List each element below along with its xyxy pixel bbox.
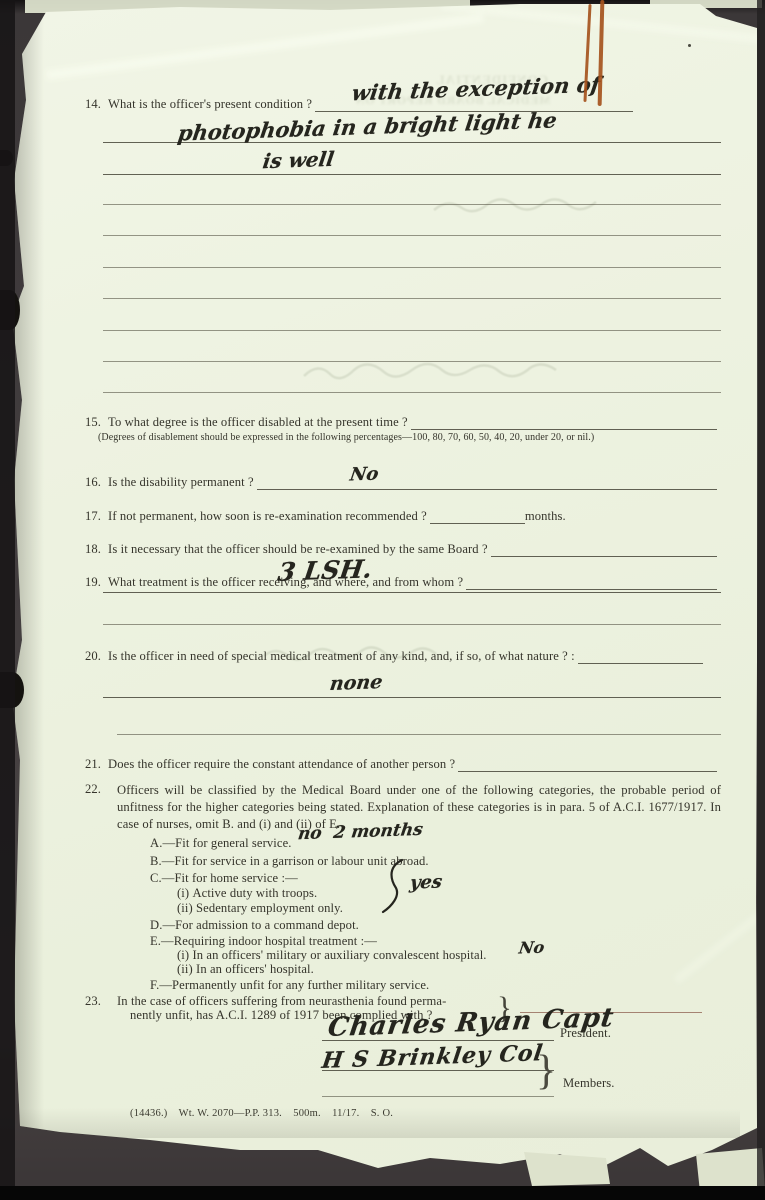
handwritten-answer-q20: none	[328, 671, 383, 695]
blank-rule	[103, 392, 721, 393]
blank-rule	[103, 235, 721, 236]
printer-imprint: (14436.) Wt. W. 2070—P.P. 313. 500m. 11/…	[130, 1108, 393, 1119]
category-e-ii-label: (ii)	[177, 962, 193, 976]
category-c-ii-text: Sedentary employment only.	[196, 901, 343, 915]
question-15-text: To what degree is the officer disabled a…	[108, 415, 408, 430]
question-17-months-label: months.	[525, 509, 566, 524]
category-e-i-text: In an officers' military or auxiliary co…	[192, 948, 486, 962]
blank-rule	[103, 204, 721, 205]
category-d: D.—For admission to a command depot.	[150, 918, 359, 934]
category-e-text: Requiring indoor hospital treatment :—	[174, 934, 377, 948]
category-e-label: E.—	[150, 934, 174, 948]
question-18-text: Is it necessary that the officer should …	[108, 542, 488, 557]
category-b-label: B.—	[150, 854, 174, 868]
category-e-ii-text: In an officers' hospital.	[196, 962, 314, 976]
category-c-i-label: (i)	[177, 886, 189, 900]
question-18-number: 18.	[85, 542, 101, 557]
category-c: C.—Fit for home service :—	[150, 871, 298, 887]
answer-rule	[430, 508, 525, 524]
question-16: 16. Is the disability permanent ?	[85, 474, 717, 490]
form-page: CONFIDENTIAL MEDICAL BOARD REPORT ON 14.…	[0, 0, 765, 1200]
handwritten-answer-category-c: yes	[409, 871, 444, 893]
question-17-number: 17.	[85, 509, 101, 524]
question-14-number: 14.	[85, 97, 101, 112]
answer-rule	[578, 648, 703, 664]
question-20: 20. Is the officer in need of special me…	[85, 648, 703, 664]
handwritten-answer-category-e-i: No	[518, 938, 546, 958]
question-14-text: What is the officer's present condition …	[108, 97, 312, 112]
members-brace: }	[536, 1050, 556, 1092]
blank-rule	[103, 624, 721, 625]
answer-rule	[103, 697, 721, 698]
blank-rule	[103, 330, 721, 331]
handwritten-answer-q14-line3: is well	[261, 147, 335, 174]
paper-crease	[46, 13, 483, 79]
category-a-label: A.—	[150, 836, 175, 850]
blank-rule	[103, 267, 721, 268]
category-c-label: C.—	[150, 871, 174, 885]
blank-rule	[103, 361, 721, 362]
question-21-number: 21.	[85, 757, 101, 772]
president-label: President.	[560, 1026, 611, 1042]
category-c-i-text: Active duty with troops.	[192, 886, 317, 900]
question-15: 15. To what degree is the officer disabl…	[85, 414, 717, 430]
question-21: 21. Does the officer require the constan…	[85, 756, 717, 772]
answer-rule	[103, 174, 721, 175]
category-c-ii-label: (ii)	[177, 901, 193, 915]
question-23-number: 23.	[85, 994, 101, 1010]
category-e-ii: (ii) In an officers' hospital.	[177, 962, 314, 978]
signature-rule	[322, 1070, 554, 1071]
category-c-i: (i) Active duty with troops.	[177, 886, 317, 902]
members-label: Members.	[563, 1076, 615, 1092]
answer-rule	[103, 592, 721, 593]
handwritten-answer-category-a: no 2 months	[297, 820, 425, 844]
left-edge-shadow	[14, 8, 44, 1138]
category-f-label: F.—	[150, 978, 172, 992]
ink-speck	[688, 44, 691, 47]
question-17: 17. If not permanent, how soon is re-exa…	[85, 508, 566, 524]
answer-rule	[466, 574, 717, 590]
question-22-number: 22.	[85, 782, 101, 798]
category-d-label: D.—	[150, 918, 175, 932]
category-c-ii: (ii) Sedentary employment only.	[177, 901, 343, 917]
blank-rule	[103, 298, 721, 299]
scan-background-edge	[757, 0, 765, 1200]
question-20-text: Is the officer in need of special medica…	[108, 649, 575, 664]
category-a: A.—Fit for general service.	[150, 836, 292, 852]
handwritten-brace-category-c	[380, 858, 408, 914]
category-f-text: Permanently unfit for any further milita…	[172, 978, 429, 992]
category-d-text: For admission to a command depot.	[175, 918, 359, 932]
handwritten-answer-q14-line2: photophobia in a bright light he	[176, 107, 558, 145]
showthrough-handwriting	[300, 358, 560, 388]
blank-rule	[117, 734, 721, 735]
category-c-text: Fit for home service :—	[174, 871, 297, 885]
handwritten-answer-q19: 3 LSH.	[276, 554, 374, 586]
paper-crease	[673, 885, 765, 984]
handwritten-answer-q16: No	[349, 463, 380, 485]
question-15-number: 15.	[85, 415, 101, 430]
category-a-text: Fit for general service.	[175, 836, 291, 850]
question-19-number: 19.	[85, 575, 101, 590]
category-f: F.—Permanently unfit for any further mil…	[150, 978, 429, 994]
member-signature: H S Brinkley Col	[320, 1040, 545, 1074]
question-19: 19. What treatment is the officer receiv…	[85, 574, 717, 590]
scan-background-edge	[0, 0, 15, 1200]
question-21-text: Does the officer require the constant at…	[108, 757, 455, 772]
question-20-number: 20.	[85, 649, 101, 664]
question-15-note: (Degrees of disablement should be expres…	[98, 432, 594, 445]
answer-rule	[411, 414, 717, 430]
scan-background-edge	[0, 1186, 765, 1200]
showthrough-handwriting	[430, 194, 630, 220]
category-e-i-label: (i)	[177, 948, 189, 962]
answer-rule	[458, 756, 717, 772]
question-16-number: 16.	[85, 475, 101, 490]
scanned-document: CONFIDENTIAL MEDICAL BOARD REPORT ON 14.…	[0, 0, 765, 1200]
answer-rule	[491, 541, 717, 557]
answer-rule	[257, 474, 717, 490]
question-16-text: Is the disability permanent ?	[108, 475, 254, 490]
question-18: 18. Is it necessary that the officer sho…	[85, 541, 717, 557]
signature-rule	[322, 1096, 554, 1097]
question-17-text: If not permanent, how soon is re-examina…	[108, 509, 427, 524]
